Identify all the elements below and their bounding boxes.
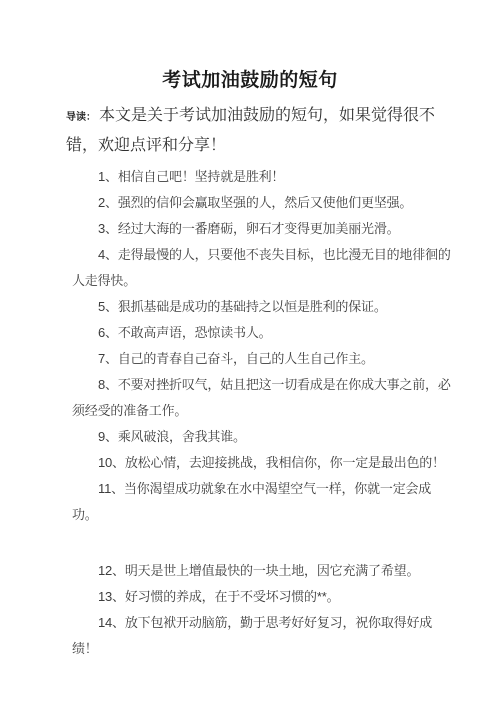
list-item: 6、不敢高声语，恐惊读书人。: [72, 320, 456, 346]
list-item: 5、狠抓基础是成功的基础持之以恒是胜利的保证。: [72, 294, 456, 320]
list-item: 1、相信自己吧！坚持就是胜利！: [72, 164, 456, 190]
list-item: 2、强烈的信仰会赢取坚强的人，然后又使他们更坚强。: [72, 190, 456, 216]
page-title: 考试加油鼓励的短句: [0, 66, 500, 96]
intro-paragraph: 导读：本文是关于考试加油鼓励的短句，如果觉得很不错，欢迎点评和分享！: [66, 102, 456, 160]
list-item: 3、经过大海的一番磨砺，卵石才变得更加美丽光滑。: [72, 216, 456, 242]
quote-list: 1、相信自己吧！坚持就是胜利！ 2、强烈的信仰会赢取坚强的人，然后又使他们更坚强…: [72, 164, 456, 662]
list-item: 4、走得最慢的人，只要他不丧失目标，也比漫无目的地徘徊的人走得快。: [72, 242, 456, 294]
document-page: 考试加油鼓励的短句 导读：本文是关于考试加油鼓励的短句，如果觉得很不错，欢迎点评…: [0, 0, 500, 708]
intro-label: 导读：: [66, 112, 96, 123]
list-item: 10、放松心情，去迎接挑战，我相信你，你一定是最出色的！: [72, 450, 456, 476]
list-item: 7、自己的青春自己奋斗，自己的人生自己作主。: [72, 346, 456, 372]
intro-text: 本文是关于考试加油鼓励的短句，如果觉得很不错，欢迎点评和分享！: [66, 107, 435, 154]
list-item: 8、不要对挫折叹气，姑且把这一切看成是在你成大事之前，必须经受的准备工作。: [72, 372, 456, 424]
list-item: 13、好习惯的养成，在于不受坏习惯的**。: [72, 584, 456, 610]
list-item: 9、乘风破浪，舍我其谁。: [72, 424, 456, 450]
list-item: 14、放下包袱开动脑筋，勤于思考好好复习，祝你取得好成绩！: [72, 610, 456, 662]
list-item: 12、明天是世上增值最快的一块土地，因它充满了希望。: [72, 558, 456, 584]
list-item: 11、当你渴望成功就象在水中渴望空气一样，你就一定会成功。: [72, 476, 456, 528]
